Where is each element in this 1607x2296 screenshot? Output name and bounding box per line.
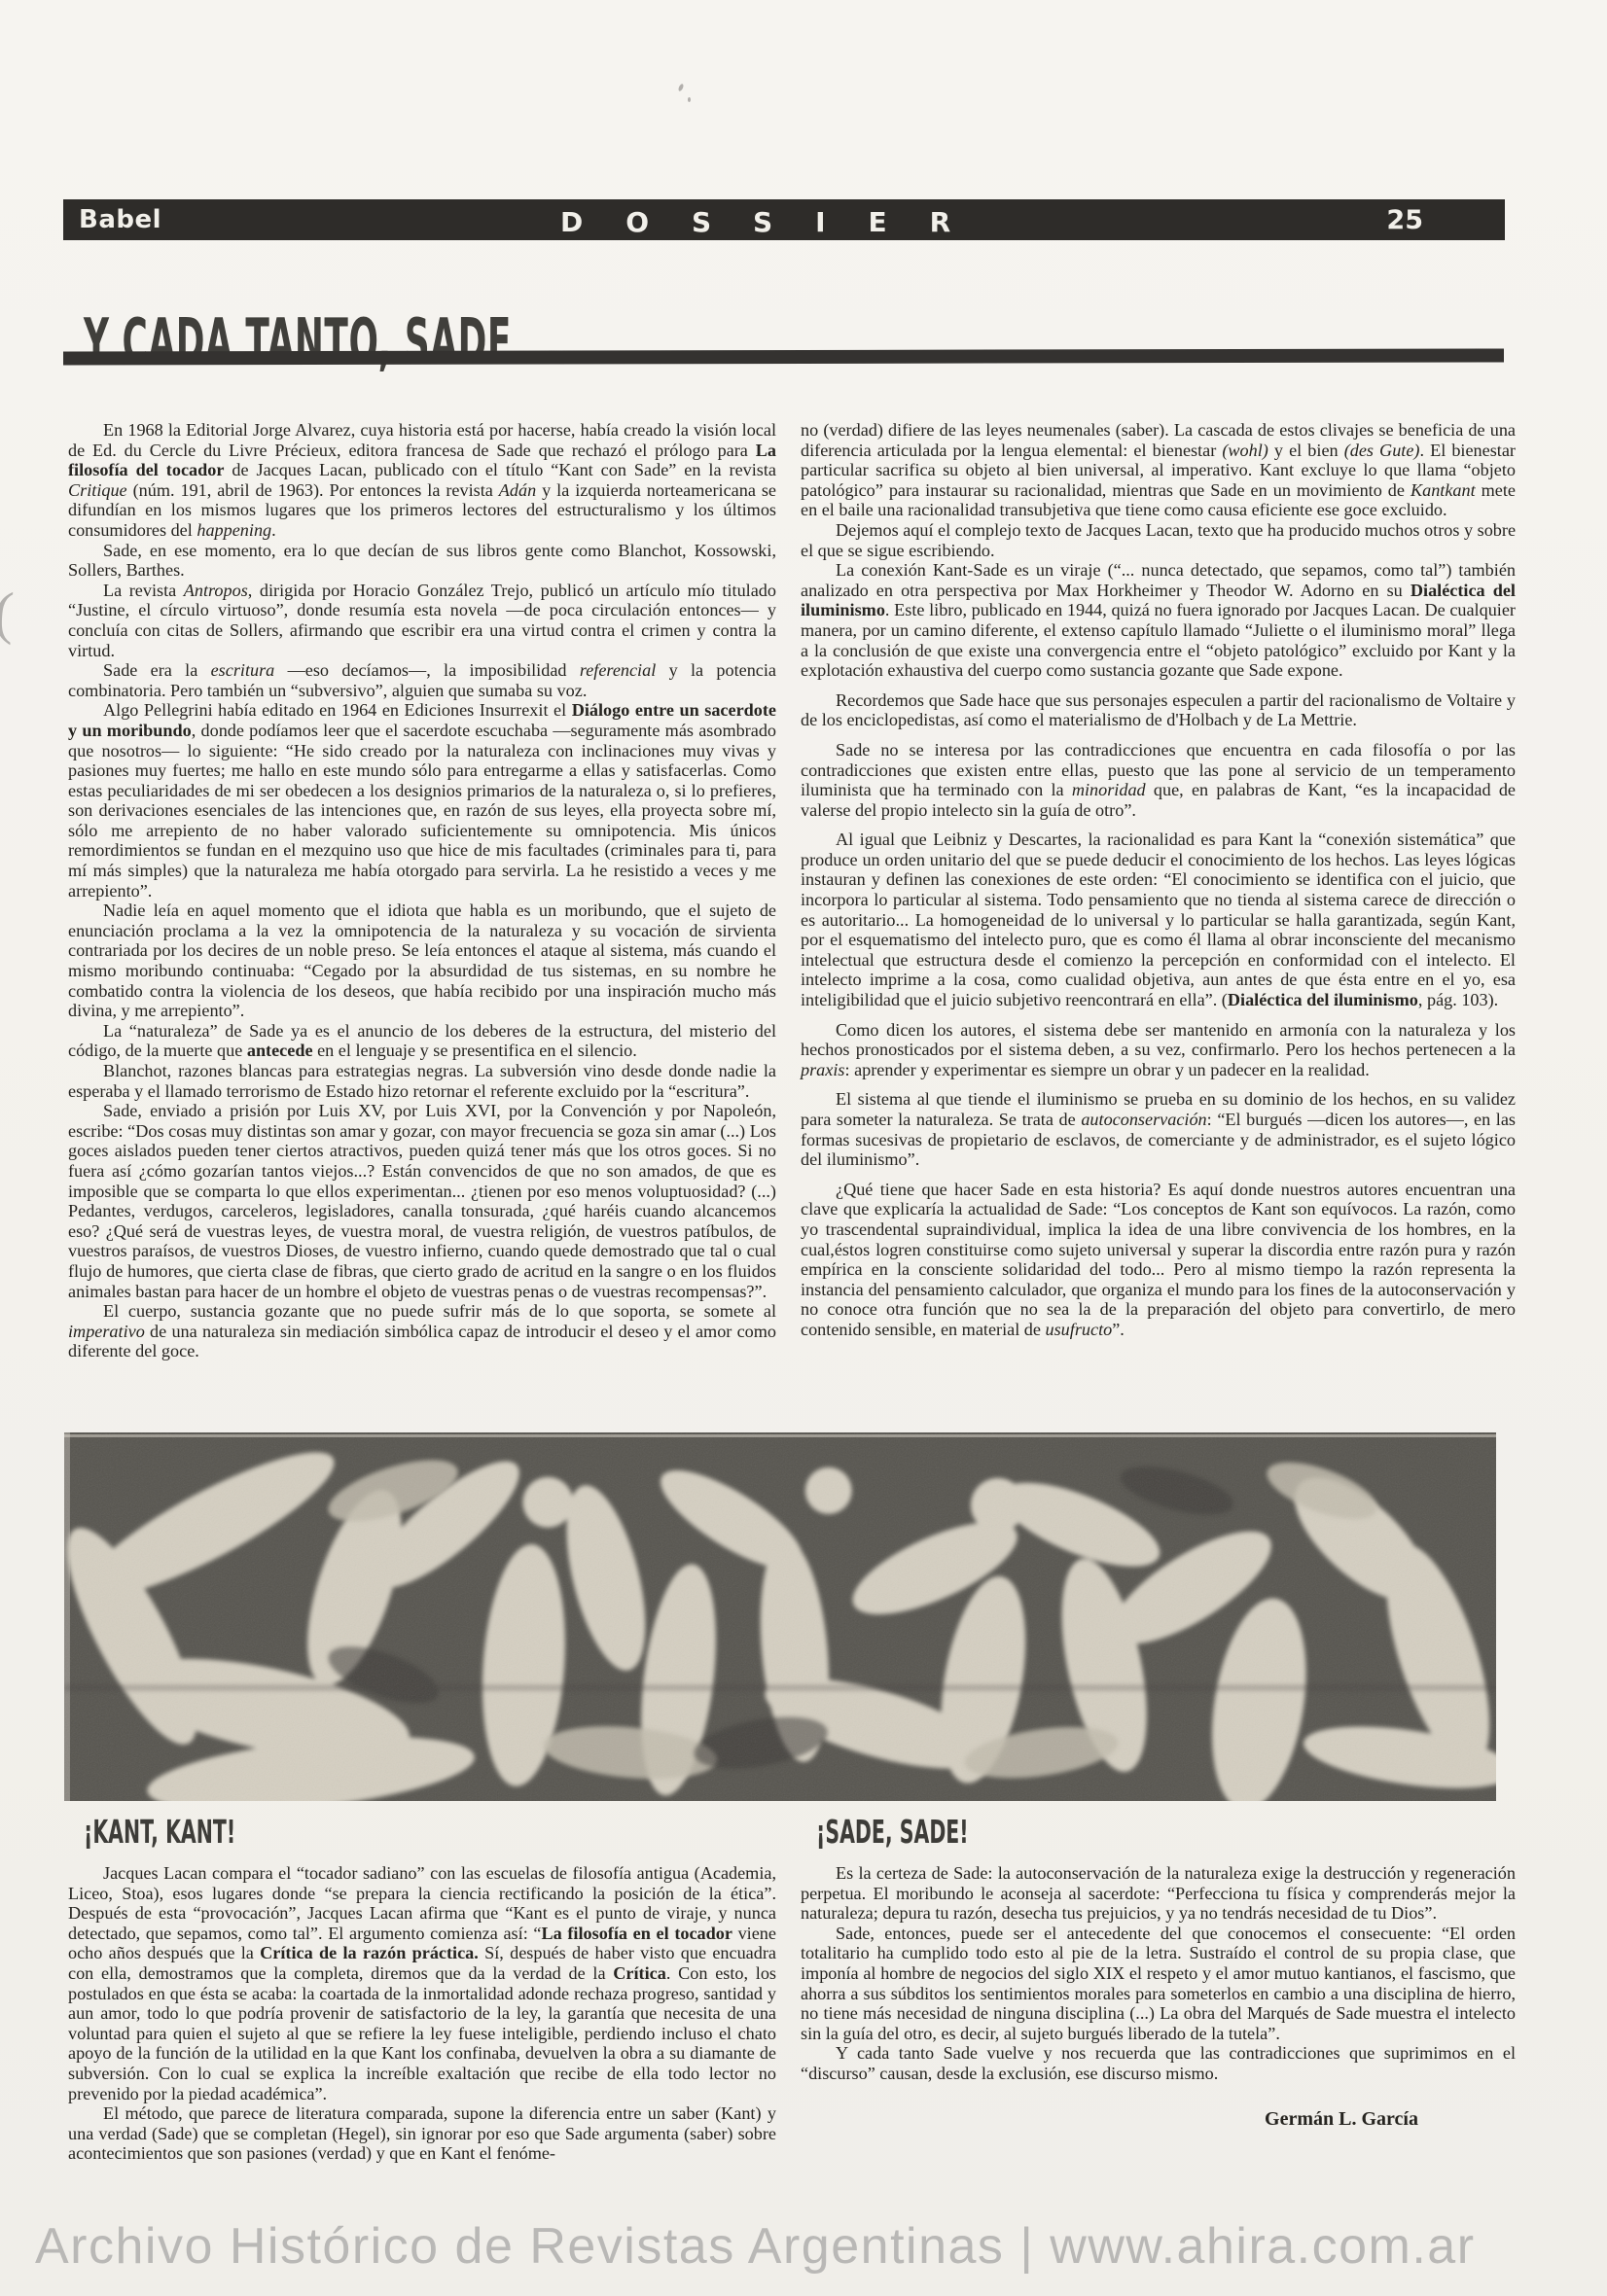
- byline: Germán L. García: [801, 2109, 1516, 2130]
- paragraph: Es la certeza de Sade: la autoconservaci…: [801, 1863, 1516, 1924]
- paragraph: El cuerpo, sustancia gozante que no pued…: [68, 1301, 776, 1361]
- sade-heading: ¡SADE, SADE!: [816, 1815, 1250, 1850]
- section-label-dossier: DOSSIER: [560, 206, 993, 238]
- paragraph: Dejemos aquí el complejo texto de Jacque…: [801, 520, 1516, 560]
- section-kant: ¡KANT, KANT! Jacques Lacan compara el “t…: [68, 1815, 776, 2164]
- paragraph: Sade, en ese momento, era lo que decían …: [68, 541, 776, 581]
- paragraph: La “naturaleza” de Sade ya es el anuncio…: [68, 1021, 776, 1061]
- scan-speck: [688, 97, 691, 102]
- paragraph: Sade, entonces, puede ser el antecedente…: [801, 1924, 1516, 2044]
- paragraph: Sade no se interesa por las contradiccio…: [801, 740, 1516, 820]
- paragraph: Sade, enviado a prisión por Luis XV, por…: [68, 1101, 776, 1301]
- scan-margin-mark: (: [0, 580, 16, 648]
- archive-watermark: Archivo Histórico de Revistas Argentinas…: [35, 2217, 1601, 2276]
- kant-body: Jacques Lacan compara el “tocador sadian…: [68, 1863, 776, 2164]
- paragraph: Recordemos que Sade hace que sus persona…: [801, 690, 1516, 730]
- paragraph: Sade era la escritura —eso decíamos—, la…: [68, 660, 776, 700]
- article-title: Y CADA TANTO, SADE: [84, 308, 512, 376]
- paragraph: En 1968 la Editorial Jorge Alvarez, cuya…: [68, 420, 776, 541]
- paragraph: no (verdad) difiere de las leyes neumena…: [801, 420, 1516, 520]
- paragraph: El método, que parece de literatura comp…: [68, 2103, 776, 2164]
- article-photo: [64, 1432, 1496, 1801]
- sade-body: Es la certeza de Sade: la autoconservaci…: [801, 1863, 1516, 2084]
- paragraph: Jacques Lacan compara el “tocador sadian…: [68, 1863, 776, 2103]
- scan-speck: [677, 84, 684, 92]
- masthead-bar: Babel DOSSIER 25: [63, 199, 1505, 240]
- magazine-brand: Babel: [79, 205, 161, 234]
- column-top-left: En 1968 la Editorial Jorge Alvarez, cuya…: [68, 420, 776, 1361]
- paragraph: Nadie leía en aquel momento que el idiot…: [68, 901, 776, 1021]
- paragraph: Blanchot, razones blancas para estrategi…: [68, 1061, 776, 1101]
- paragraph: Como dicen los autores, el sistema debe …: [801, 1020, 1516, 1080]
- title-rule: [63, 348, 1504, 365]
- paragraph: ¿Qué tiene que hacer Sade en esta histor…: [801, 1180, 1516, 1340]
- paragraph: La revista Antropos, dirigida por Horaci…: [68, 581, 776, 660]
- paragraph: Algo Pellegrini había editado en 1964 en…: [68, 700, 776, 901]
- paragraph: El sistema al que tiende el iluminismo s…: [801, 1089, 1516, 1169]
- magazine-page: ( Babel DOSSIER 25 Y CADA TANTO, SADE En…: [0, 0, 1607, 2296]
- page-number: 25: [1386, 205, 1423, 235]
- column-top-right: no (verdad) difiere de las leyes neumena…: [801, 420, 1516, 1340]
- paragraph: La conexión Kant-Sade es un viraje (“...…: [801, 560, 1516, 681]
- section-sade: ¡SADE, SADE! Es la certeza de Sade: la a…: [801, 1815, 1516, 2129]
- sculpture-relief-illustration: [64, 1432, 1496, 1801]
- kant-heading: ¡KANT, KANT!: [84, 1815, 513, 1850]
- paragraph: Al igual que Leibniz y Descartes, la rac…: [801, 830, 1516, 1009]
- paragraph: Y cada tanto Sade vuelve y nos recuerda …: [801, 2043, 1516, 2083]
